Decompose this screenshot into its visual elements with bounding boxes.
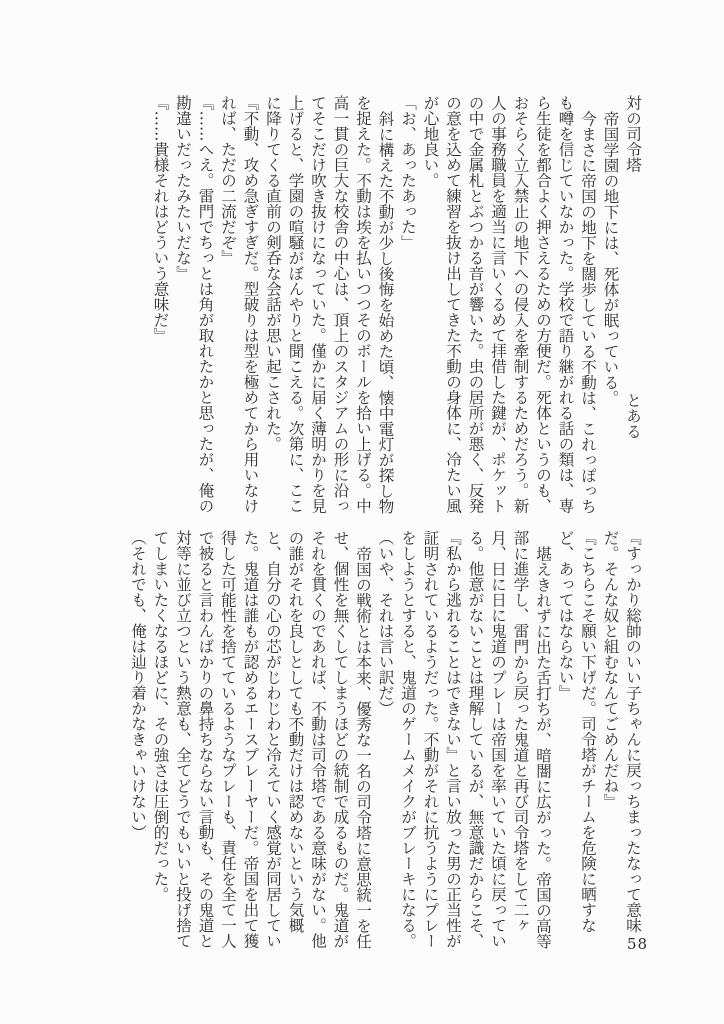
top-text-block: 対の司令塔とある 帝国学園の地下には、死体が眠っている。 今まさに帝国の地下を闊… (149, 95, 644, 514)
paragraph: 帝国の戦術とは本来、優秀な一名の司令塔に意思統一を任せ、個性を無くしてしまうほど… (149, 530, 374, 949)
paragraph-thought: （それでも、俺は辿り着かなきゃいけない） (127, 530, 150, 949)
paragraph-dialogue: 『すっかり総帥のいい子ちゃんに戻っちまったなって意味だ。そんな奴と組むなんてごめ… (599, 530, 644, 949)
title-line: 対の司令塔とある (622, 95, 645, 514)
page-number: 58 (627, 935, 648, 953)
paragraph-thought: （いや、それは言い訳だ） (374, 530, 397, 949)
paragraph: 帝国学園の地下には、死体が眠っている。 (599, 95, 622, 514)
story-attribution: とある (624, 393, 642, 440)
paragraph-dialogue: 『こちらこそ願い下げだ。司令塔がチームを危険に晒すなど、あってはならない』 (554, 530, 599, 949)
document-page: 対の司令塔とある 帝国学園の地下には、死体が眠っている。 今まさに帝国の地下を闊… (0, 0, 724, 1024)
paragraph-dialogue: 『不動、攻め急ぎすぎだ。型破りは型を極めてから用いなければ、ただの二流だぞ』 (217, 95, 262, 514)
paragraph: 今まさに帝国の地下を闊歩している不動は、これっぽっちも噂を信じていなかった。学校… (419, 95, 599, 514)
paragraph: 堪えきれずに出た舌打ちが、暗闇に広がった。帝国の高等部に進学し、雷門から戻った鬼… (397, 530, 555, 949)
paragraph-dialogue: 「お、あったあった」 (397, 95, 420, 514)
paragraph-dialogue: 『……へえ。雷門でちっとは角が取れたかと思ったが、俺の勘違いだったみたいだな』 (172, 95, 217, 514)
bottom-text-block: 『すっかり総帥のいい子ちゃんに戻っちまったなって意味だ。そんな奴と組むなんてごめ… (127, 530, 645, 949)
paragraph: 斜に構えた不動が少し後悔を始めた頃、懐中電灯が探し物を捉えた。不動は埃を払いつつ… (262, 95, 397, 514)
paragraph-dialogue: 『……貴様それはどういう意味だ』 (149, 95, 172, 514)
story-title: 対の司令塔 (624, 95, 642, 173)
